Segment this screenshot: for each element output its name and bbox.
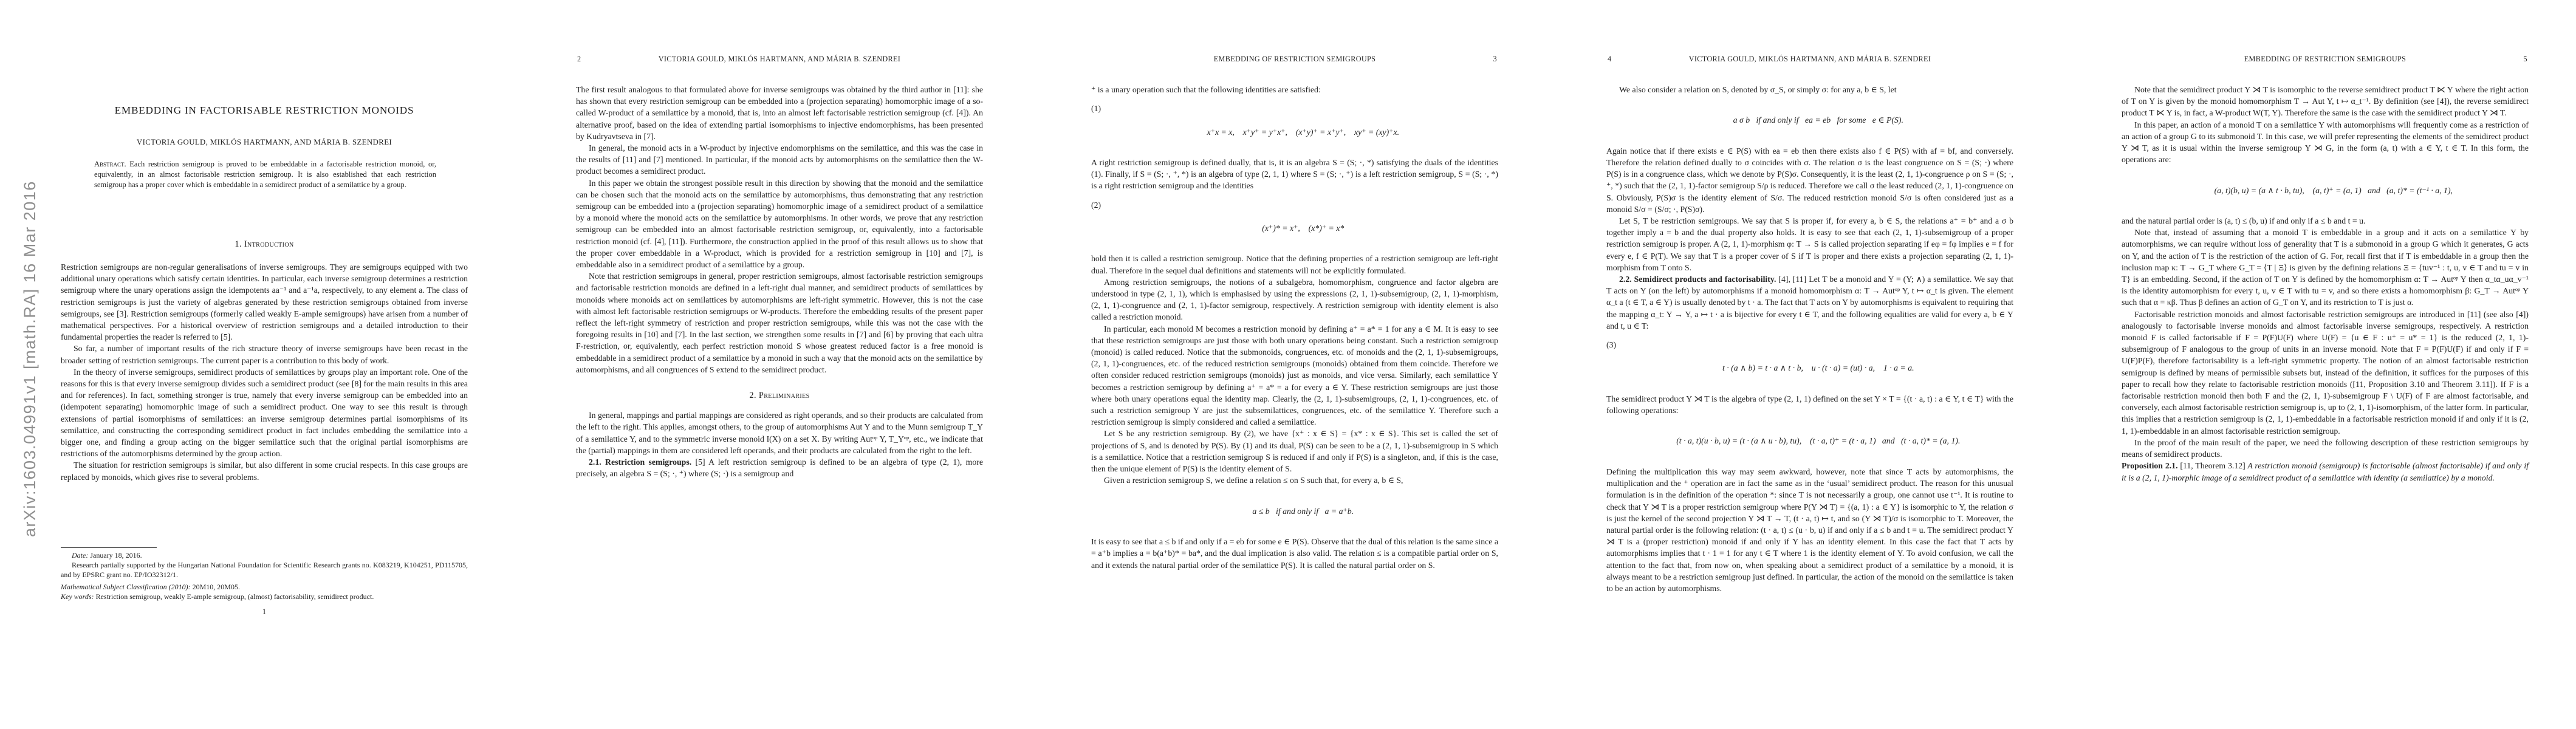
running-head: EMBEDDING OF RESTRICTION SEMIGROUPS 3: [1091, 55, 1498, 66]
page-1: arXiv:1603.04991v1 [math.RA] 16 Mar 2016…: [0, 0, 515, 729]
page-5: EMBEDDING OF RESTRICTION SEMIGROUPS 5 No…: [2061, 0, 2576, 729]
subsection-label: 2.1. Restriction semigroups.: [589, 457, 691, 467]
equation-3: (3) t · (a ∧ b) = t · a ∧ t · b, u · (t …: [1606, 339, 2013, 386]
paragraph: In the theory of inverse semigroups, sem…: [61, 366, 468, 460]
subsection-restriction-semigroups: 2.1. Restriction semigroups. [5] A left …: [576, 456, 983, 479]
document-pages: arXiv:1603.04991v1 [math.RA] 16 Mar 2016…: [0, 0, 2576, 729]
keywords-label: Key words:: [61, 592, 94, 601]
page-3-body: ⁺ is a unary operation such that the fol…: [1091, 84, 1498, 571]
paragraph: Defining the multiplication this way may…: [1606, 466, 2013, 594]
paragraph: Again notice that if there exists e ∈ P(…: [1606, 145, 2013, 215]
paragraph: Note that, instead of assuming that a mo…: [2122, 227, 2529, 308]
equation-operations: (t · a, t)(u · b, u) = (t · (a ∧ u · b),…: [1606, 423, 2013, 459]
running-head: 2 VICTORIA GOULD, MIKLÓS HARTMANN, AND M…: [576, 55, 983, 66]
paragraph: Given a restriction semigroup S, we defi…: [1091, 474, 1498, 486]
paragraph: So far, a number of important results of…: [61, 343, 468, 366]
equation-body: t · (a ∧ b) = t · a ∧ t · b, u · (t · a)…: [1722, 363, 1914, 372]
paragraph: We also consider a relation on S, denote…: [1606, 84, 2013, 95]
running-head: EMBEDDING OF RESTRICTION SEMIGROUPS 5: [2122, 55, 2529, 66]
page-number: 4: [1608, 55, 1611, 64]
paragraph: The first result analogous to that formu…: [576, 84, 983, 142]
equation-body: a ≤ b if and only if a = a⁺b.: [1252, 507, 1354, 516]
equation-sigma: a σ b if and only if ea = eb for some e …: [1606, 103, 2013, 138]
proposition-2-1: Proposition 2.1. [11, Theorem 3.12] A re…: [2122, 460, 2529, 483]
running-head-title: VICTORIA GOULD, MIKLÓS HARTMANN, AND MÁR…: [1606, 55, 2013, 64]
paragraph: In the proof of the main result of the p…: [2122, 437, 2529, 460]
paper-title: EMBEDDING IN FACTORISABLE RESTRICTION MO…: [61, 104, 468, 117]
page-number: 5: [2524, 55, 2527, 64]
date-text: January 18, 2016.: [90, 551, 142, 560]
running-head: 4 VICTORIA GOULD, MIKLÓS HARTMANN, AND M…: [1606, 55, 2013, 66]
section-heading-introduction: 1. Introduction: [61, 239, 468, 250]
equation-1: (1) x⁺x = x, x⁺y⁺ = y⁺x⁺, (x⁺y)⁺ = x⁺y⁺,…: [1091, 103, 1498, 149]
paragraph: A right restriction semigroup is defined…: [1091, 157, 1498, 192]
equation-body: (x⁺)* = x⁺, (x*)⁺ = x*: [1262, 224, 1344, 233]
paragraph: Let S be any restriction semigroup. By (…: [1091, 428, 1498, 474]
page-5-body: Note that the semidirect product Y ⋊ T i…: [2122, 84, 2529, 484]
page-1-body: Restriction semigroups are non-regular g…: [61, 261, 468, 483]
footnote-keywords: Key words: Restriction semigroup, weakly…: [61, 592, 468, 602]
proposition-ref: [11, Theorem 3.12]: [2180, 461, 2245, 470]
abstract: Abstract. Each restriction semigroup is …: [94, 159, 436, 191]
paragraph: and the natural partial order is (a, t) …: [2122, 215, 2529, 227]
equation-number: (2): [1091, 199, 1101, 211]
paragraph: In particular, each monoid M becomes a r…: [1091, 323, 1498, 428]
footnote-date: Date: January 18, 2016.: [61, 551, 468, 561]
page-number: 3: [1493, 55, 1497, 64]
paragraph: In general, mappings and partial mapping…: [576, 409, 983, 456]
page-4-body: We also consider a relation on S, denote…: [1606, 84, 2013, 594]
footnote-support: Research partially supported by the Hung…: [61, 561, 468, 580]
subsection-ref: [4], [11]: [1778, 275, 1806, 284]
running-head-title: EMBEDDING OF RESTRICTION SEMIGROUPS: [1091, 55, 1498, 64]
page-number: 1: [61, 607, 468, 617]
msc-text: 20M10, 20M05.: [193, 583, 240, 591]
footnote-msc: Mathematical Subject Classification (201…: [61, 583, 468, 592]
equation-number: (3): [1606, 339, 1616, 351]
paragraph: In this paper we obtain the strongest po…: [576, 177, 983, 271]
page-3: EMBEDDING OF RESTRICTION SEMIGROUPS 3 ⁺ …: [1030, 0, 1546, 729]
paragraph: Among restriction semigroups, the notion…: [1091, 276, 1498, 323]
equation-body: (a, t)(b, u) = (a ∧ t · b, tu), (a, t)⁺ …: [2215, 186, 2453, 195]
subsection-ref: [5]: [696, 457, 705, 467]
abstract-label: Abstract.: [94, 160, 126, 168]
paragraph: ⁺ is a unary operation such that the fol…: [1091, 84, 1498, 95]
equation-body: (t · a, t)(u · b, u) = (t · (a ∧ u · b),…: [1676, 436, 1960, 445]
paragraph: It is easy to see that a ≤ b if and only…: [1091, 536, 1498, 571]
page-number: 2: [577, 55, 581, 64]
paragraph: Note that the semidirect product Y ⋊ T i…: [2122, 84, 2529, 119]
keywords-text: Restriction semigroup, weakly E-ample se…: [96, 592, 374, 601]
page-2-body: The first result analogous to that formu…: [576, 84, 983, 480]
paragraph: Let S, T be restriction semigroups. We s…: [1606, 215, 2013, 273]
running-head-title: VICTORIA GOULD, MIKLÓS HARTMANN, AND MÁR…: [576, 55, 983, 64]
paragraph: In general, the monoid acts in a W-produ…: [576, 142, 983, 177]
paragraph: In this paper, an action of a monoid T o…: [2122, 119, 2529, 166]
equation-natural-order: a ≤ b if and only if a = a⁺b.: [1091, 494, 1498, 529]
authors-line: VICTORIA GOULD, MIKLÓS HARTMANN, AND MÁR…: [61, 138, 468, 147]
date-label: Date:: [72, 551, 88, 560]
subsection-label: 2.2. Semidirect products and factorisabi…: [1619, 275, 1776, 284]
equation-number: (1): [1091, 103, 1101, 114]
arxiv-watermark: arXiv:1603.04991v1 [math.RA] 16 Mar 2016: [17, 145, 43, 573]
section-heading-preliminaries: 2. Preliminaries: [576, 390, 983, 402]
page-4: 4 VICTORIA GOULD, MIKLÓS HARTMANN, AND M…: [1546, 0, 2061, 729]
running-head-title: EMBEDDING OF RESTRICTION SEMIGROUPS: [2122, 55, 2529, 64]
equation-2: (2) (x⁺)* = x⁺, (x*)⁺ = x*: [1091, 199, 1498, 246]
proposition-label: Proposition 2.1.: [2122, 461, 2178, 470]
paragraph: hold then it is called a restriction sem…: [1091, 253, 1498, 276]
msc-label: Mathematical Subject Classification (201…: [61, 583, 191, 591]
equation-pair-operations: (a, t)(b, u) = (a ∧ t · b, tu), (a, t)⁺ …: [2122, 173, 2529, 208]
page-2: 2 VICTORIA GOULD, MIKLÓS HARTMANN, AND M…: [515, 0, 1030, 729]
paragraph: The semidirect product Y ⋊ T is the alge…: [1606, 393, 2013, 416]
footnote-rule: [61, 547, 157, 548]
equation-body: a σ b if and only if ea = eb for some e …: [1733, 115, 1903, 125]
subsection-semidirect-products: 2.2. Semidirect products and factorisabi…: [1606, 273, 2013, 332]
paragraph: Note that restriction semigroups in gene…: [576, 270, 983, 375]
paragraph: The situation for restriction semigroups…: [61, 459, 468, 482]
paragraph: Factorisable restriction monoids and alm…: [2122, 309, 2529, 437]
abstract-text: Each restriction semigroup is proved to …: [94, 160, 436, 189]
paragraph: Restriction semigroups are non-regular g…: [61, 261, 468, 343]
equation-body: x⁺x = x, x⁺y⁺ = y⁺x⁺, (x⁺y)⁺ = x⁺y⁺, xy⁺…: [1207, 128, 1400, 137]
footnotes: Date: January 18, 2016. Research partial…: [61, 551, 468, 602]
